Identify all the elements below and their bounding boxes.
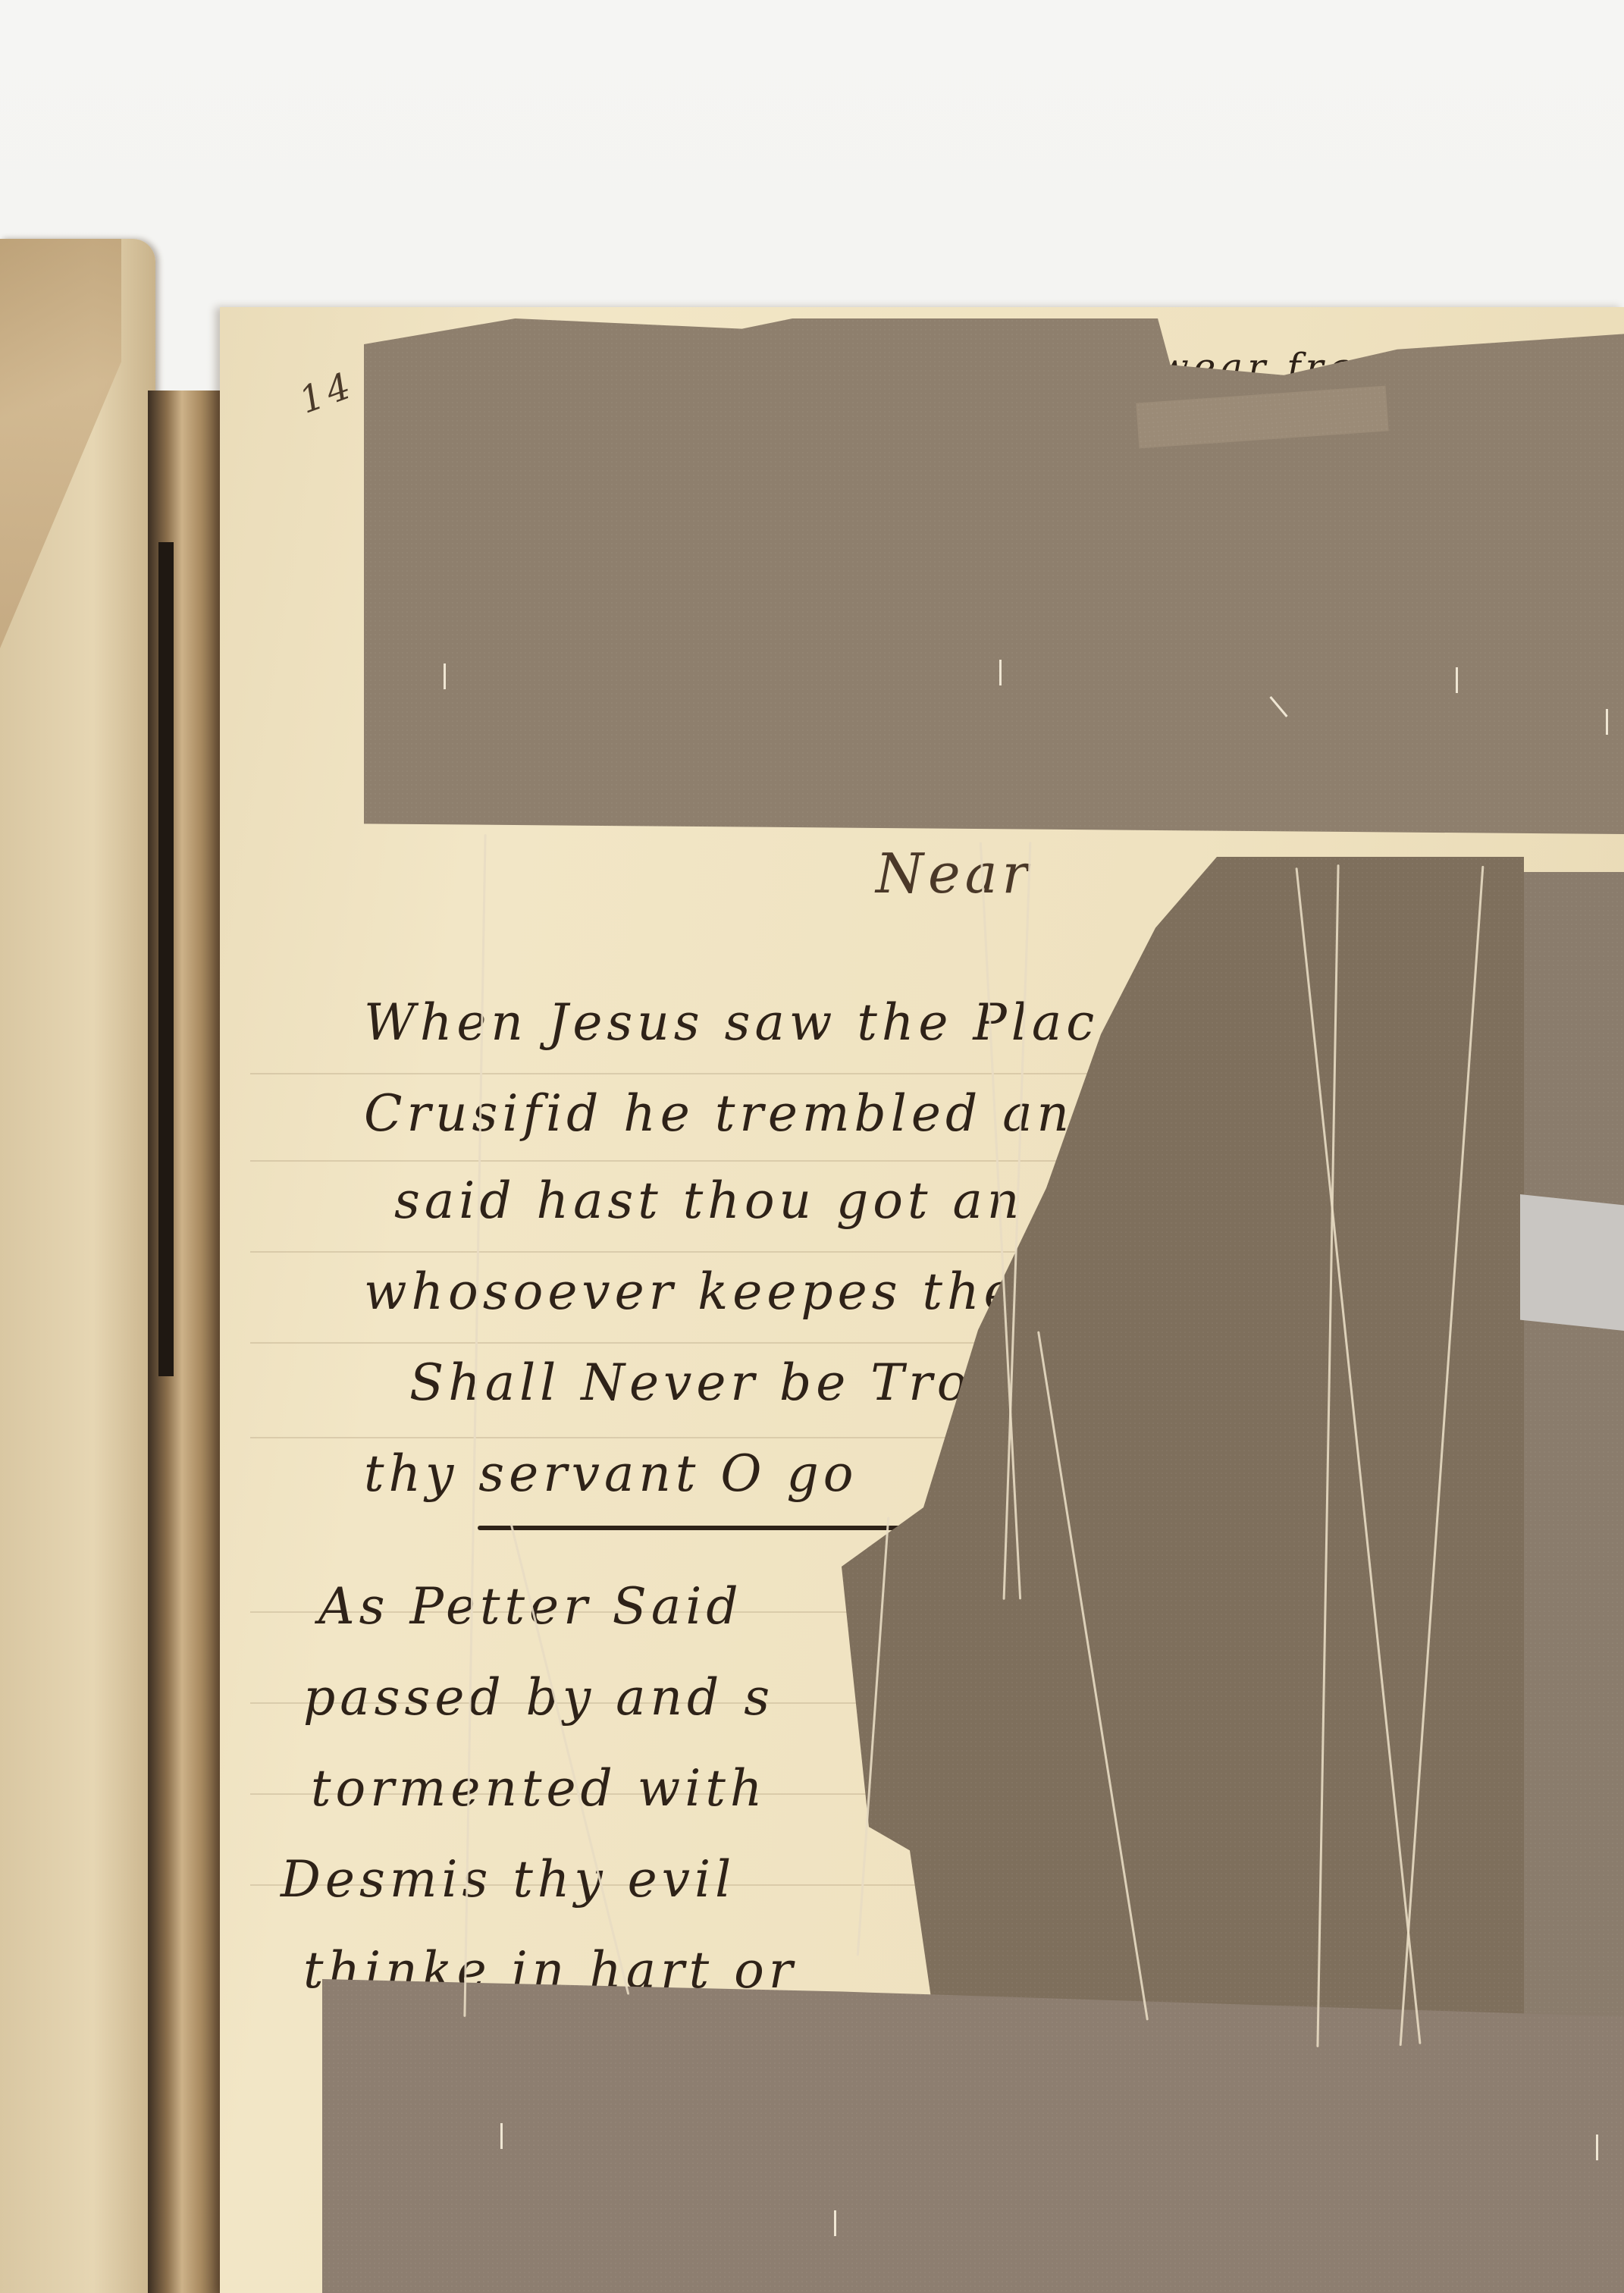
stitch-mark [834,2210,836,2236]
repair-patch-edge [1524,872,1624,2070]
left-cover-strip [0,239,121,648]
repair-patch-bottom [322,1979,1624,2293]
stitch-mark [1596,2135,1598,2160]
repair-patch-top [364,318,1624,834]
stitch-mark [1606,709,1608,735]
stitch-mark [1456,667,1458,693]
section-heading: Near [876,842,1033,905]
book-spine [148,391,224,2293]
stitch-mark [500,2123,503,2149]
left-book-page [0,239,155,2293]
stitch-mark [444,663,446,689]
spine-gap [158,542,174,1376]
text-line: Crusifid he trembled and [364,1084,1110,1143]
text-line: said hast thou got an [394,1172,1024,1230]
section-divider-line [478,1526,902,1530]
stitch-mark [999,660,1002,685]
text-line: thy servant O go [364,1444,858,1503]
text-line: tormented with [311,1759,767,1818]
text-line: passed by and s [303,1668,774,1727]
text-line: Desmis thy evil [281,1850,735,1909]
tissue-repair [1520,1194,1624,1331]
